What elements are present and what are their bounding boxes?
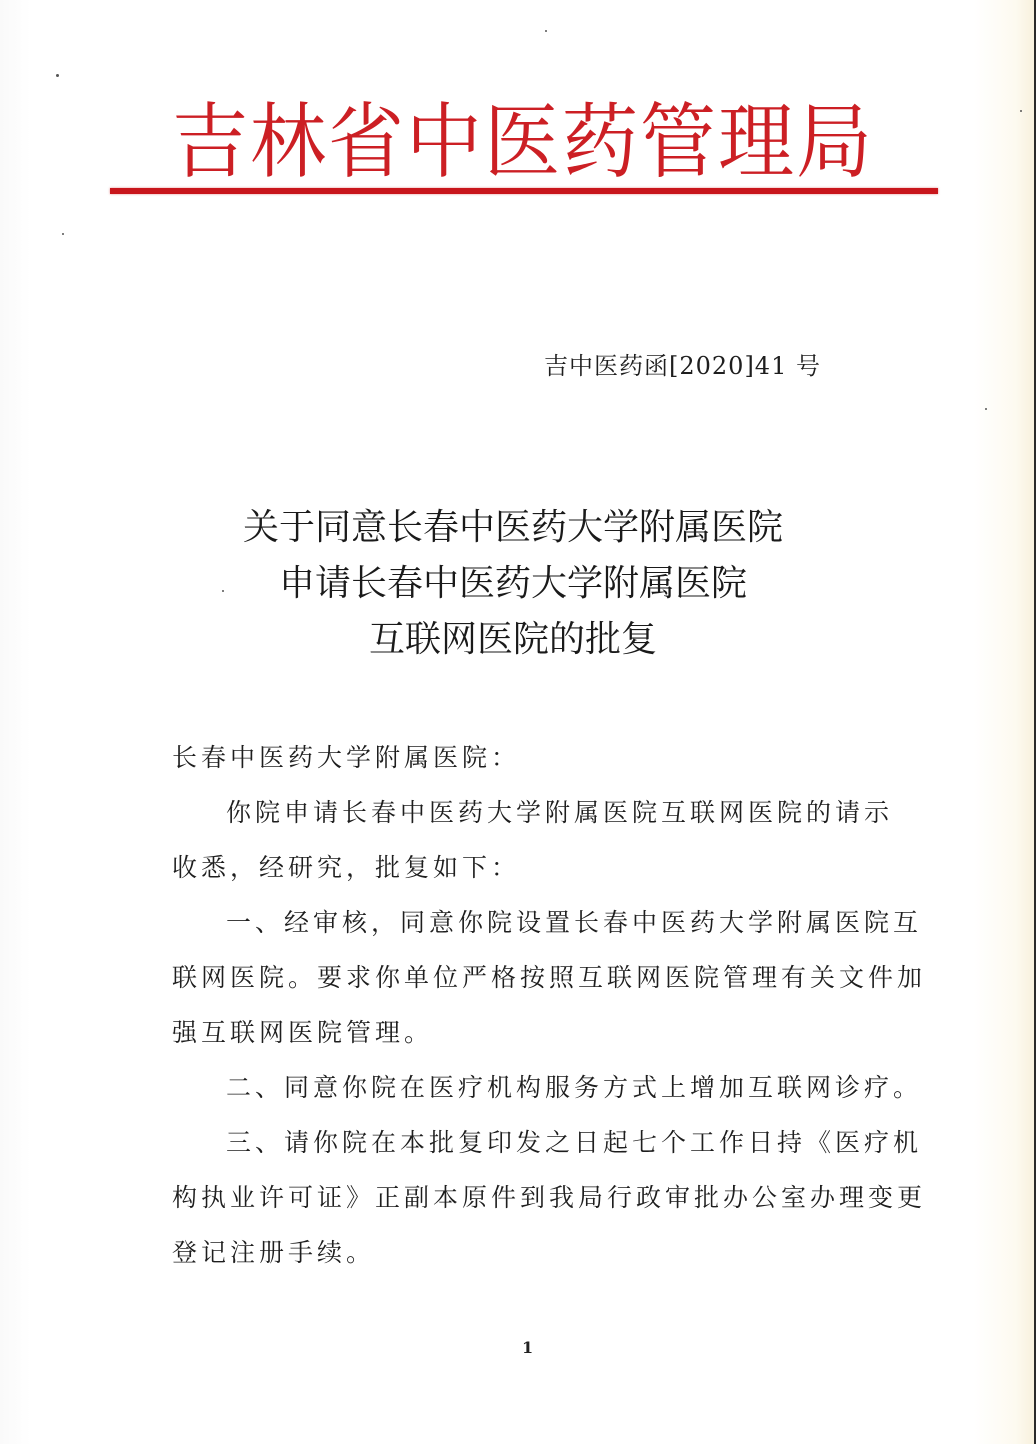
- document-page: 吉 林 省 中 医 药 管 理 局 吉中医药函[2020]41 号 关于同意长春…: [0, 0, 1036, 1444]
- body-line: 一、经审核，同意你院设置长春中医药大学附属医院互: [172, 895, 892, 950]
- letterhead-char: 省: [328, 101, 404, 183]
- scan-speck: [62, 233, 64, 235]
- letterhead-char: 吉: [172, 101, 248, 183]
- title-line: 申请长春中医药大学附属医院: [0, 556, 1036, 612]
- scan-speck: [985, 408, 987, 410]
- scan-speck: [56, 74, 59, 77]
- body-line: 联网医院。要求你单位严格按照互联网医院管理有关文件加: [172, 950, 892, 1005]
- page-number: 1: [522, 1338, 533, 1357]
- body-line: 二、同意你院在医疗机构服务方式上增加互联网诊疗。: [172, 1060, 892, 1115]
- salutation: 长春中医药大学附属医院：: [172, 730, 892, 785]
- body-line: 登记注册手续。: [172, 1225, 892, 1280]
- body-line: 收悉，经研究，批复如下：: [172, 840, 892, 895]
- letterhead-char: 管: [640, 101, 716, 183]
- body-line: 你院申请长春中医药大学附属医院互联网医院的请示: [172, 785, 892, 840]
- letterhead-char: 林: [250, 101, 326, 183]
- body-line: 三、请你院在本批复印发之日起七个工作日持《医疗机: [172, 1115, 892, 1170]
- title-line: 关于同意长春中医药大学附属医院: [0, 500, 1036, 556]
- letterhead-char: 中: [406, 101, 482, 183]
- body-line: 构执业许可证》正副本原件到我局行政审批办公室办理变更: [172, 1170, 892, 1225]
- agency-letterhead: 吉 林 省 中 医 药 管 理 局: [172, 92, 872, 192]
- document-number: 吉中医药函[2020]41 号: [544, 346, 821, 381]
- document-body: 长春中医药大学附属医院： 你院申请长春中医药大学附属医院互联网医院的请示 收悉，…: [172, 730, 892, 1280]
- letterhead-char: 局: [796, 101, 872, 183]
- letterhead-char: 药: [562, 101, 638, 183]
- document-title: 关于同意长春中医药大学附属医院 申请长春中医药大学附属医院 互联网医院的批复: [0, 500, 1036, 668]
- title-line: 互联网医院的批复: [0, 612, 1036, 668]
- scan-speck: [545, 30, 547, 32]
- letterhead-char: 理: [718, 101, 794, 183]
- scan-speck: [1020, 110, 1022, 112]
- body-line: 强互联网医院管理。: [172, 1005, 892, 1060]
- letterhead-red-rule: [110, 188, 938, 194]
- letterhead-char: 医: [484, 101, 560, 183]
